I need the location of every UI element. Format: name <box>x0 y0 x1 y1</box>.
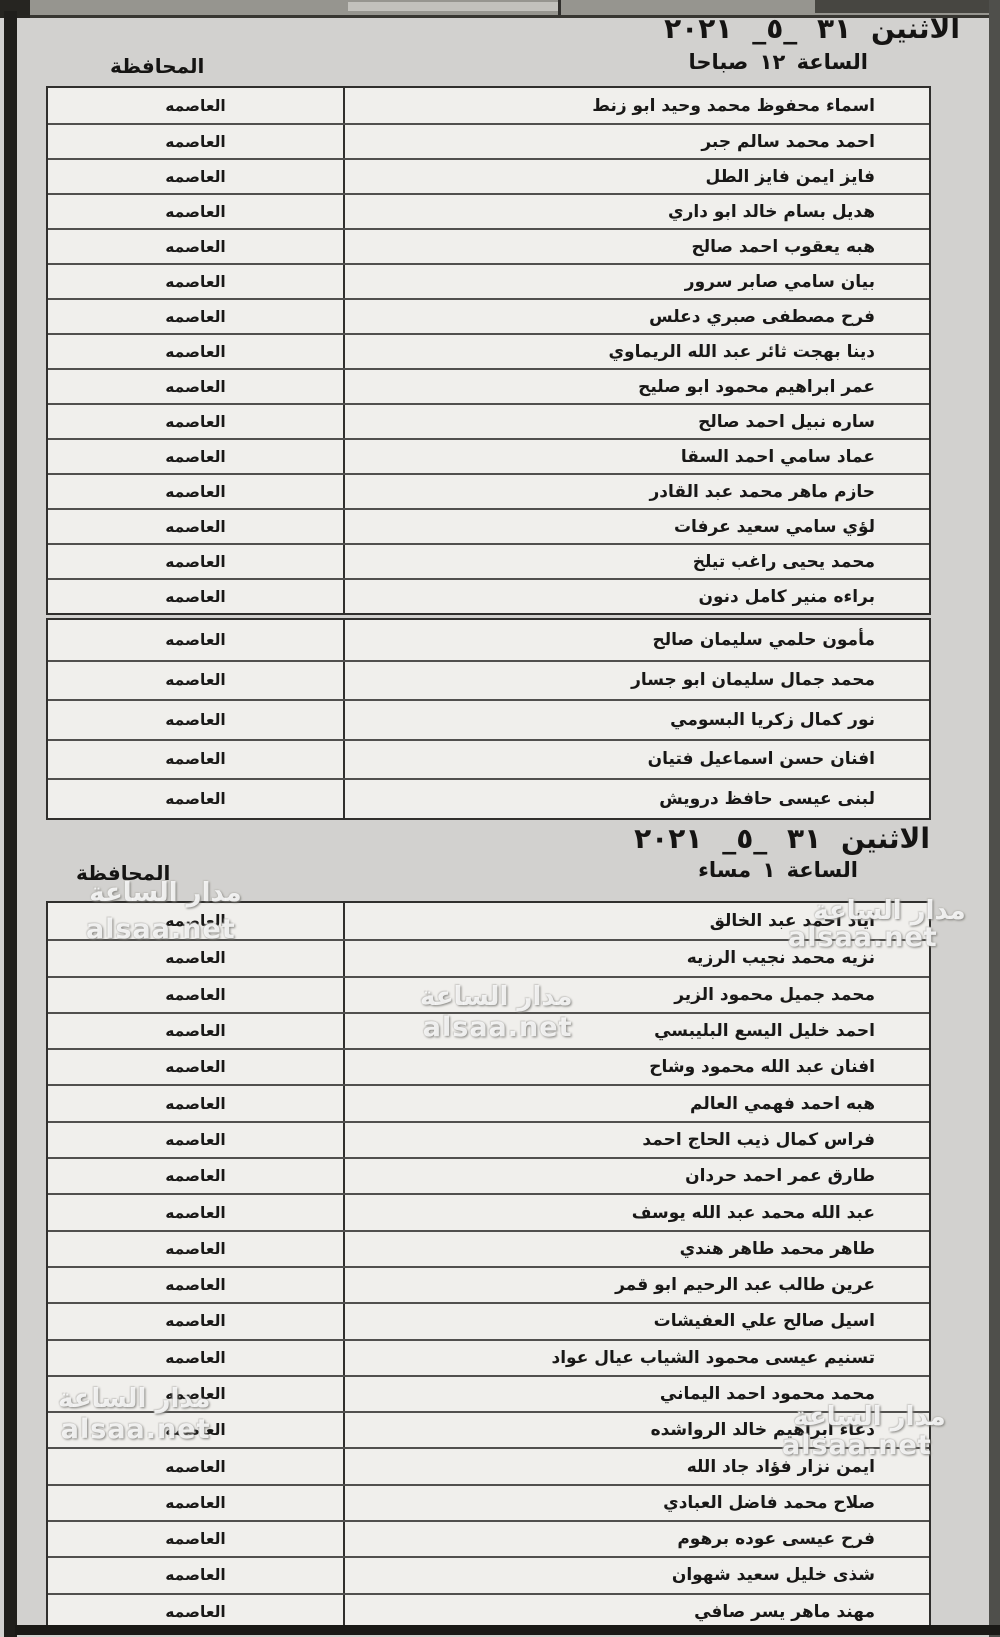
page-left-border <box>4 11 17 1637</box>
person-name-cell: صلاح محمد فاضل العبادي <box>343 1486 929 1520</box>
page-right-border <box>989 0 1000 1637</box>
governorate-cell: العاصمه <box>48 370 343 403</box>
person-name-cell: هبه يعقوب احمد صالح <box>343 230 929 263</box>
person-name-cell: فرح مصطفى صبري دعلس <box>343 300 929 333</box>
appointment-row: عمر ابراهيم محمود ابو صليح العاصمه <box>48 368 929 403</box>
person-name-cell: عرين طالب عبد الرحيم ابو قمر <box>343 1268 929 1302</box>
watermark-url-text: alsaa.net <box>788 922 966 953</box>
governorate-cell: العاصمه <box>48 510 343 543</box>
site-watermark: مدار الساعة alsaa.net <box>420 982 572 1043</box>
governorate-cell: العاصمه <box>48 160 343 193</box>
previous-table-bottom-edge <box>0 0 1000 18</box>
governorate-cell: العاصمه <box>48 440 343 473</box>
watermark-url-text: alsaa.net <box>86 914 242 945</box>
site-watermark: مدار الساعة alsaa.net <box>86 878 242 945</box>
appointment-row: شذى خليل سعيد شهوان العاصمه <box>48 1556 929 1592</box>
appointment-row: طاهر محمد طاهر هندي العاصمه <box>48 1230 929 1266</box>
appointment-row: عرين طالب عبد الرحيم ابو قمر العاصمه <box>48 1266 929 1302</box>
appointment-row: فراس كمال ذيب الحاج احمد العاصمه <box>48 1121 929 1157</box>
appointment-row: هديل بسام خالد ابو داري العاصمه <box>48 193 929 228</box>
appointment-row: افنان حسن اسماعيل فتيان العاصمه <box>48 739 929 779</box>
person-name-cell: اسيل صالح علي العفيشات <box>343 1304 929 1338</box>
person-name-cell: دينا بهجت ثائر عبد الله الريماوي <box>343 335 929 368</box>
appointment-row: مهند ماهر يسر صافي العاصمه <box>48 1593 929 1629</box>
governorate-cell: العاصمه <box>48 125 343 158</box>
appointment-row: براءه منير كامل دنون العاصمه <box>48 578 929 613</box>
person-name-cell: تسنيم عيسى محمود الشياب عيال عواد <box>343 1341 929 1375</box>
governorate-cell: العاصمه <box>48 978 343 1012</box>
session1-names-table-lower: مأمون حلمي سليمان صالح العاصمه محمد جمال… <box>46 618 931 820</box>
watermark-arabic-text: مدار الساعة <box>86 878 242 908</box>
governorate-cell: العاصمه <box>48 741 343 779</box>
appointment-row: محمد جمال سليمان ابو جسار العاصمه <box>48 660 929 700</box>
person-name-cell: عمر ابراهيم محمود ابو صليح <box>343 370 929 403</box>
person-name-cell: فرح عيسى عوده برهوم <box>343 1522 929 1556</box>
person-name-cell: بيان سامي صابر سرور <box>343 265 929 298</box>
appointment-row: عبد الله محمد عبد الله يوسف العاصمه <box>48 1193 929 1229</box>
person-name-cell: افنان حسن اسماعيل فتيان <box>343 741 929 779</box>
appointment-row: اسيل صالح علي العفيشات العاصمه <box>48 1302 929 1338</box>
appointment-row: مأمون حلمي سليمان صالح العاصمه <box>48 620 929 660</box>
watermark-arabic-text: مدار الساعة <box>782 1402 946 1432</box>
governorate-cell: العاصمه <box>48 88 343 123</box>
scanned-appointment-list: الاثنين ٣١ _٥_ ٢٠٢١ الساعة ١٢ صباحا المح… <box>0 0 1000 1637</box>
person-name-cell: مأمون حلمي سليمان صالح <box>343 620 929 660</box>
governorate-cell: العاصمه <box>48 1486 343 1520</box>
person-name-cell: هديل بسام خالد ابو داري <box>343 195 929 228</box>
session1-governorate-column-label: المحافظة <box>110 54 204 78</box>
person-name-cell: لبنى عيسى حافظ درويش <box>343 780 929 818</box>
appointment-row: تسنيم عيسى محمود الشياب عيال عواد العاصم… <box>48 1339 929 1375</box>
appointment-row: هبه يعقوب احمد صالح العاصمه <box>48 228 929 263</box>
person-name-cell: براءه منير كامل دنون <box>343 580 929 613</box>
governorate-cell: العاصمه <box>48 1522 343 1556</box>
governorate-cell: العاصمه <box>48 1558 343 1592</box>
person-name-cell: مهند ماهر يسر صافي <box>343 1595 929 1629</box>
governorate-cell: العاصمه <box>48 1449 343 1483</box>
appointment-row: طارق عمر احمد حردان العاصمه <box>48 1157 929 1193</box>
governorate-cell: العاصمه <box>48 265 343 298</box>
person-name-cell: اسماء محفوظ محمد وحيد ابو زنط <box>343 88 929 123</box>
person-name-cell: شذى خليل سعيد شهوان <box>343 1558 929 1592</box>
scan-strip-light-segment <box>348 2 558 11</box>
governorate-cell: العاصمه <box>48 1232 343 1266</box>
person-name-cell: نور كمال زكريا البسومي <box>343 701 929 739</box>
watermark-arabic-text: مدار الساعة <box>58 1384 210 1414</box>
appointment-row: اسماء محفوظ محمد وحيد ابو زنط العاصمه <box>48 88 929 123</box>
appointment-row: ساره نبيل احمد صالح العاصمه <box>48 403 929 438</box>
person-name-cell: طارق عمر احمد حردان <box>343 1159 929 1193</box>
governorate-cell: العاصمه <box>48 620 343 660</box>
appointment-row: هبه احمد فهمي العالم العاصمه <box>48 1084 929 1120</box>
governorate-cell: العاصمه <box>48 1595 343 1629</box>
governorate-cell: العاصمه <box>48 701 343 739</box>
governorate-cell: العاصمه <box>48 1195 343 1229</box>
governorate-cell: العاصمه <box>48 1159 343 1193</box>
person-name-cell: هبه احمد فهمي العالم <box>343 1086 929 1120</box>
watermark-arabic-text: مدار الساعة <box>420 982 572 1012</box>
session2-time-heading: الساعة ١ مساء <box>698 858 858 882</box>
person-name-cell: طاهر محمد طاهر هندي <box>343 1232 929 1266</box>
scan-strip-dark-segment <box>815 0 990 13</box>
appointment-row: افنان عبد الله محمود وشاح العاصمه <box>48 1048 929 1084</box>
person-name-cell: احمد محمد سالم جبر <box>343 125 929 158</box>
governorate-cell: العاصمه <box>48 230 343 263</box>
appointment-row: صلاح محمد فاضل العبادي العاصمه <box>48 1484 929 1520</box>
person-name-cell: افنان عبد الله محمود وشاح <box>343 1050 929 1084</box>
governorate-cell: العاصمه <box>48 335 343 368</box>
governorate-cell: العاصمه <box>48 580 343 613</box>
appointment-row: عماد سامي احمد السقا العاصمه <box>48 438 929 473</box>
appointment-row: احمد محمد سالم جبر العاصمه <box>48 123 929 158</box>
appointment-row: فرح مصطفى صبري دعلس العاصمه <box>48 298 929 333</box>
governorate-cell: العاصمه <box>48 195 343 228</box>
appointment-row: محمد يحيى راغب تيلخ العاصمه <box>48 543 929 578</box>
person-name-cell: محمد جمال سليمان ابو جسار <box>343 662 929 700</box>
session2-date-heading: الاثنين ٣١ _٥_ ٢٠٢١ <box>634 822 930 855</box>
governorate-cell: العاصمه <box>48 1086 343 1120</box>
governorate-cell: العاصمه <box>48 780 343 818</box>
site-watermark: مدار الساعة alsaa.net <box>788 896 966 953</box>
governorate-cell: العاصمه <box>48 1304 343 1338</box>
appointment-row: بيان سامي صابر سرور العاصمه <box>48 263 929 298</box>
appointment-row: نور كمال زكريا البسومي العاصمه <box>48 699 929 739</box>
person-name-cell: ساره نبيل احمد صالح <box>343 405 929 438</box>
appointment-row: لبنى عيسى حافظ درويش العاصمه <box>48 778 929 818</box>
governorate-cell: العاصمه <box>48 1123 343 1157</box>
person-name-cell: فايز ايمن فايز الطل <box>343 160 929 193</box>
session1-time-heading: الساعة ١٢ صباحا <box>689 50 868 74</box>
page-bottom-border <box>15 1625 1000 1635</box>
person-name-cell: لؤي سامي سعيد عرفات <box>343 510 929 543</box>
person-name-cell: عماد سامي احمد السقا <box>343 440 929 473</box>
appointment-row: فايز ايمن فايز الطل العاصمه <box>48 158 929 193</box>
appointment-row: حازم ماهر محمد عبد القادر العاصمه <box>48 473 929 508</box>
site-watermark: مدار الساعة alsaa.net <box>782 1402 946 1461</box>
watermark-url-text: alsaa.net <box>58 1414 210 1445</box>
person-name-cell: فراس كمال ذيب الحاج احمد <box>343 1123 929 1157</box>
governorate-cell: العاصمه <box>48 475 343 508</box>
appointment-row: دينا بهجت ثائر عبد الله الريماوي العاصمه <box>48 333 929 368</box>
appointment-row: فرح عيسى عوده برهوم العاصمه <box>48 1520 929 1556</box>
governorate-cell: العاصمه <box>48 545 343 578</box>
person-name-cell: حازم ماهر محمد عبد القادر <box>343 475 929 508</box>
person-name-cell: محمد يحيى راغب تيلخ <box>343 545 929 578</box>
governorate-cell: العاصمه <box>48 1050 343 1084</box>
session1-names-table-upper: اسماء محفوظ محمد وحيد ابو زنط العاصمه اح… <box>46 86 931 615</box>
governorate-cell: العاصمه <box>48 662 343 700</box>
appointment-row: لؤي سامي سعيد عرفات العاصمه <box>48 508 929 543</box>
watermark-url-text: alsaa.net <box>782 1430 946 1461</box>
governorate-cell: العاصمه <box>48 1341 343 1375</box>
governorate-cell: العاصمه <box>48 941 343 975</box>
watermark-url-text: alsaa.net <box>420 1012 572 1043</box>
governorate-cell: العاصمه <box>48 300 343 333</box>
governorate-cell: العاصمه <box>48 1014 343 1048</box>
person-name-cell: عبد الله محمد عبد الله يوسف <box>343 1195 929 1229</box>
site-watermark: مدار الساعة alsaa.net <box>58 1384 210 1445</box>
governorate-cell: العاصمه <box>48 405 343 438</box>
scan-strip-column-tick <box>558 0 561 15</box>
governorate-cell: العاصمه <box>48 1268 343 1302</box>
